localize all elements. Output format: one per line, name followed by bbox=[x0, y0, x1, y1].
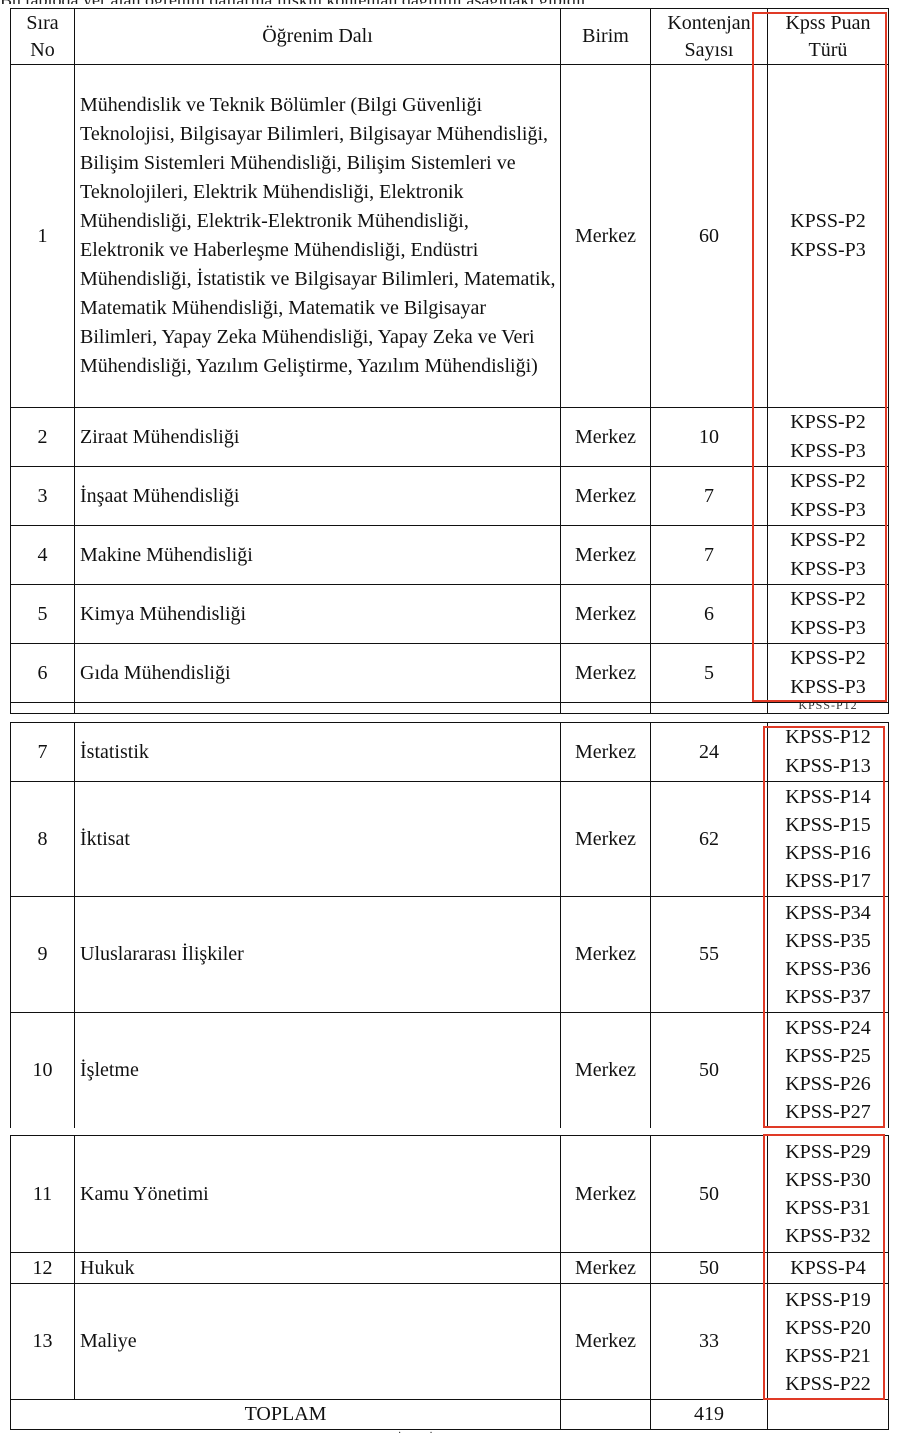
row-number: 5 bbox=[11, 585, 75, 644]
row-capacity: 50 bbox=[651, 1136, 768, 1253]
row-unit: Merkez bbox=[561, 65, 651, 408]
row-kpss-types: KPSS-P2KPSS-P3 bbox=[768, 65, 889, 408]
table-header-row: SıraNo Öğrenim Dalı Birim KontenjanSayıs… bbox=[11, 9, 889, 65]
row-capacity: 24 bbox=[651, 723, 768, 782]
row-unit: Merkez bbox=[561, 723, 651, 782]
table-row: 4Makine MühendisliğiMerkez7KPSS-P2KPSS-P… bbox=[11, 526, 889, 585]
kpss-score-type: KPSS-P3 bbox=[772, 496, 884, 525]
row-unit: Merkez bbox=[561, 1013, 651, 1128]
table-row: 3İnşaat MühendisliğiMerkez7KPSS-P2KPSS-P… bbox=[11, 467, 889, 526]
row-kpss-types: KPSS-P24KPSS-P25KPSS-P26KPSS-P27 bbox=[768, 1013, 889, 1128]
table-row: 13MaliyeMerkez33KPSS-P19KPSS-P20KPSS-P21… bbox=[11, 1284, 889, 1400]
row-kpss-types: KPSS-P2KPSS-P3 bbox=[768, 644, 889, 703]
table-row: 2Ziraat MühendisliğiMerkez10KPSS-P2KPSS-… bbox=[11, 408, 889, 467]
kpss-score-type: KPSS-P2 bbox=[772, 408, 884, 437]
row-name: İnşaat Mühendisliği bbox=[75, 467, 561, 526]
row-name: Uluslararası İlişkiler bbox=[75, 897, 561, 1013]
quota-table-part-1: SıraNo Öğrenim Dalı Birim KontenjanSayıs… bbox=[10, 8, 889, 714]
quota-table-part-3: 11Kamu YönetimiMerkez50KPSS-P29KPSS-P30K… bbox=[10, 1135, 889, 1430]
cut-off-kpss-text: KPSS-P12 bbox=[768, 703, 888, 711]
total-capacity: 419 bbox=[651, 1400, 768, 1430]
kpss-score-type: KPSS-P2 bbox=[772, 207, 884, 236]
row-number: 8 bbox=[11, 782, 75, 897]
row-capacity: 7 bbox=[651, 467, 768, 526]
kpss-score-type: KPSS-P3 bbox=[772, 614, 884, 643]
kpss-score-type: KPSS-P14 bbox=[772, 783, 884, 811]
row-name: Kamu Yönetimi bbox=[75, 1136, 561, 1253]
kpss-score-type: KPSS-P26 bbox=[772, 1070, 884, 1098]
kpss-score-type: KPSS-P35 bbox=[772, 927, 884, 955]
header-name: Öğrenim Dalı bbox=[75, 9, 561, 65]
kpss-score-type: KPSS-P21 bbox=[772, 1342, 884, 1370]
kpss-score-type: KPSS-P3 bbox=[772, 236, 884, 265]
row-unit: Merkez bbox=[561, 782, 651, 897]
row-kpss-types: KPSS-P29KPSS-P30KPSS-P31KPSS-P32 bbox=[768, 1136, 889, 1253]
kpss-score-type: KPSS-P27 bbox=[772, 1098, 884, 1126]
row-number: 4 bbox=[11, 526, 75, 585]
row-number: 13 bbox=[11, 1284, 75, 1400]
table-row: 8İktisatMerkez62KPSS-P14KPSS-P15KPSS-P16… bbox=[11, 782, 889, 897]
row-unit: Merkez bbox=[561, 467, 651, 526]
row-capacity: 6 bbox=[651, 585, 768, 644]
kpss-score-type: KPSS-P13 bbox=[772, 752, 884, 781]
total-row: TOPLAM 419 bbox=[11, 1400, 889, 1430]
row-name: Maliye bbox=[75, 1284, 561, 1400]
row-kpss-types: KPSS-P2KPSS-P3 bbox=[768, 408, 889, 467]
row-kpss-types: KPSS-P2KPSS-P3 bbox=[768, 585, 889, 644]
kpss-score-type: KPSS-P17 bbox=[772, 867, 884, 895]
row-unit: Merkez bbox=[561, 644, 651, 703]
row-unit: Merkez bbox=[561, 526, 651, 585]
row-capacity: 62 bbox=[651, 782, 768, 897]
row-capacity: 7 bbox=[651, 526, 768, 585]
kpss-score-type: KPSS-P29 bbox=[772, 1138, 884, 1166]
row-unit: Merkez bbox=[561, 408, 651, 467]
cut-off-cell bbox=[561, 703, 651, 714]
table-row: 9Uluslararası İlişkilerMerkez55KPSS-P34K… bbox=[11, 897, 889, 1013]
row-kpss-types: KPSS-P14KPSS-P15KPSS-P16KPSS-P17 bbox=[768, 782, 889, 897]
cut-off-cell bbox=[75, 703, 561, 714]
row-unit: Merkez bbox=[561, 585, 651, 644]
row-capacity: 55 bbox=[651, 897, 768, 1013]
cut-off-kpss-cell: KPSS-P12 bbox=[768, 703, 889, 714]
table-segment-2: 7İstatistikMerkez24KPSS-P12KPSS-P138İkti… bbox=[10, 722, 890, 1128]
row-kpss-types: KPSS-P4 bbox=[768, 1253, 889, 1284]
kpss-score-type: KPSS-P34 bbox=[772, 899, 884, 927]
row-number: 6 bbox=[11, 644, 75, 703]
table-row: 12HukukMerkez50KPSS-P4 bbox=[11, 1253, 889, 1284]
kpss-score-type: KPSS-P32 bbox=[772, 1222, 884, 1250]
row-capacity: 5 bbox=[651, 644, 768, 703]
row-kpss-types: KPSS-P2KPSS-P3 bbox=[768, 526, 889, 585]
header-unit: Birim bbox=[561, 9, 651, 65]
kpss-score-type: KPSS-P2 bbox=[772, 467, 884, 496]
row-name: Hukuk bbox=[75, 1253, 561, 1284]
kpss-score-type: KPSS-P15 bbox=[772, 811, 884, 839]
quota-table-part-2: 7İstatistikMerkez24KPSS-P12KPSS-P138İkti… bbox=[10, 722, 889, 1128]
table-row: 7İstatistikMerkez24KPSS-P12KPSS-P13 bbox=[11, 723, 889, 782]
row-number: 1 bbox=[11, 65, 75, 408]
header-no: SıraNo bbox=[11, 9, 75, 65]
kpss-score-type: KPSS-P2 bbox=[772, 585, 884, 614]
row-capacity: 50 bbox=[651, 1013, 768, 1128]
row-capacity: 60 bbox=[651, 65, 768, 408]
total-label: TOPLAM bbox=[11, 1400, 561, 1430]
kpss-score-type: KPSS-P16 bbox=[772, 839, 884, 867]
kpss-score-type: KPSS-P20 bbox=[772, 1314, 884, 1342]
row-number: 12 bbox=[11, 1253, 75, 1284]
kpss-score-type: KPSS-P36 bbox=[772, 955, 884, 983]
kpss-score-type: KPSS-P3 bbox=[772, 673, 884, 702]
kpss-score-type: KPSS-P2 bbox=[772, 644, 884, 673]
row-number: 9 bbox=[11, 897, 75, 1013]
kpss-score-type: KPSS-P22 bbox=[772, 1370, 884, 1398]
table-row: 6Gıda MühendisliğiMerkez5KPSS-P2KPSS-P3 bbox=[11, 644, 889, 703]
page-dots: ·· bbox=[398, 1428, 461, 1435]
row-name: İşletme bbox=[75, 1013, 561, 1128]
row-name: İstatistik bbox=[75, 723, 561, 782]
table-row: 5Kimya MühendisliğiMerkez6KPSS-P2KPSS-P3 bbox=[11, 585, 889, 644]
kpss-score-type: KPSS-P25 bbox=[772, 1042, 884, 1070]
kpss-score-type: KPSS-P12 bbox=[772, 723, 884, 752]
total-unit-empty bbox=[561, 1400, 651, 1430]
row-kpss-types: KPSS-P34KPSS-P35KPSS-P36KPSS-P37 bbox=[768, 897, 889, 1013]
kpss-score-type: KPSS-P24 bbox=[772, 1014, 884, 1042]
kpss-score-type: KPSS-P31 bbox=[772, 1194, 884, 1222]
row-number: 11 bbox=[11, 1136, 75, 1253]
table-segment-3: 11Kamu YönetimiMerkez50KPSS-P29KPSS-P30K… bbox=[10, 1135, 890, 1430]
table-row: 1Mühendislik ve Teknik Bölümler (Bilgi G… bbox=[11, 65, 889, 408]
kpss-score-type: KPSS-P30 bbox=[772, 1166, 884, 1194]
total-kpss-empty bbox=[768, 1400, 889, 1430]
kpss-score-type: KPSS-P3 bbox=[772, 555, 884, 584]
kpss-score-type: KPSS-P3 bbox=[772, 437, 884, 466]
row-name: Kimya Mühendisliği bbox=[75, 585, 561, 644]
kpss-score-type: KPSS-P19 bbox=[772, 1286, 884, 1314]
cut-off-row: KPSS-P12 bbox=[11, 703, 889, 714]
row-unit: Merkez bbox=[561, 1136, 651, 1253]
table-segment-1: SıraNo Öğrenim Dalı Birim KontenjanSayıs… bbox=[10, 8, 890, 714]
row-unit: Merkez bbox=[561, 1284, 651, 1400]
header-capacity: KontenjanSayısı bbox=[651, 9, 768, 65]
header-kpss: Kpss PuanTürü bbox=[768, 9, 889, 65]
table-row: 10İşletmeMerkez50KPSS-P24KPSS-P25KPSS-P2… bbox=[11, 1013, 889, 1128]
row-kpss-types: KPSS-P19KPSS-P20KPSS-P21KPSS-P22 bbox=[768, 1284, 889, 1400]
row-unit: Merkez bbox=[561, 1253, 651, 1284]
cut-off-intro-text: Bu tabloda yer alan öğrenim dallarına il… bbox=[0, 0, 900, 4]
cut-off-cell bbox=[11, 703, 75, 714]
row-capacity: 10 bbox=[651, 408, 768, 467]
cut-off-cell bbox=[651, 703, 768, 714]
row-name: İktisat bbox=[75, 782, 561, 897]
row-name: Makine Mühendisliği bbox=[75, 526, 561, 585]
row-name: Ziraat Mühendisliği bbox=[75, 408, 561, 467]
row-number: 7 bbox=[11, 723, 75, 782]
row-kpss-types: KPSS-P12KPSS-P13 bbox=[768, 723, 889, 782]
row-number: 2 bbox=[11, 408, 75, 467]
row-name: Gıda Mühendisliği bbox=[75, 644, 561, 703]
row-capacity: 50 bbox=[651, 1253, 768, 1284]
row-kpss-types: KPSS-P2KPSS-P3 bbox=[768, 467, 889, 526]
kpss-score-type: KPSS-P2 bbox=[772, 526, 884, 555]
row-number: 3 bbox=[11, 467, 75, 526]
kpss-score-type: KPSS-P37 bbox=[772, 983, 884, 1011]
kpss-score-type: KPSS-P4 bbox=[772, 1254, 884, 1283]
table-row: 11Kamu YönetimiMerkez50KPSS-P29KPSS-P30K… bbox=[11, 1136, 889, 1253]
row-name: Mühendislik ve Teknik Bölümler (Bilgi Gü… bbox=[75, 65, 561, 408]
row-capacity: 33 bbox=[651, 1284, 768, 1400]
row-number: 10 bbox=[11, 1013, 75, 1128]
row-unit: Merkez bbox=[561, 897, 651, 1013]
